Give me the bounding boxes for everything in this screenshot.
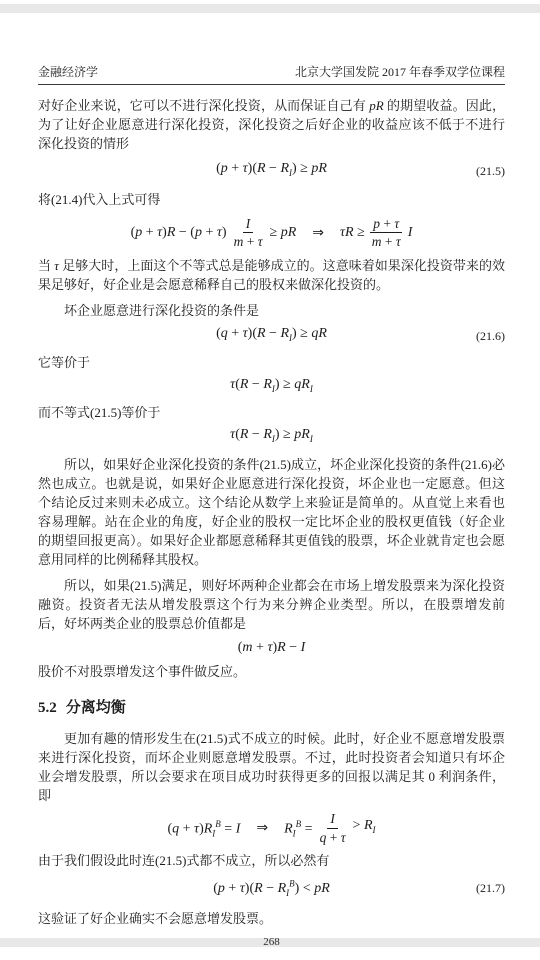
section-number: 5.2 — [38, 700, 57, 716]
paragraph-conclusion-1: 所以，如果好企业深化投资的条件(21.5)成立，坏企业深化投资的条件(21.6)… — [38, 455, 505, 569]
derivation-right: I — [408, 225, 413, 241]
equation-21-7-body: (p + τ)(R − RIB) < pR — [213, 881, 330, 896]
implies-arrow: ⇒ — [312, 225, 324, 241]
page-gap-top — [0, 4, 540, 13]
equation-21-7: (p + τ)(R − RIB) < pR (21.7) — [38, 874, 505, 901]
derivation-relation: ≥ pR — [270, 225, 297, 241]
equation-21-6: (q + τ)(R − RI) ≥ qR (21.6) — [38, 325, 505, 347]
equation-total-value: (m + τ)R − I — [38, 639, 505, 657]
fraction-numerator: p + τ — [370, 216, 402, 234]
fraction-p-plus-tau-over-m-plus-tau: p + τ m + τ — [369, 216, 404, 250]
page-number: 268 — [38, 936, 505, 948]
equation-total-value-body: (m + τ)R − I — [238, 640, 306, 655]
equation-equivalent-p: τ(R − RI) ≥ pRI — [38, 426, 505, 448]
equation-21-6-tag: (21.6) — [476, 327, 505, 345]
derivation-left: (p + τ)R − (p + τ) — [131, 225, 227, 241]
zero-profit-left: (q + τ)RIB = I — [167, 816, 240, 841]
paragraph-bad-condition: 坏企业愿意进行深化投资的条件是 — [38, 301, 505, 320]
paragraph-tau-large: 当 τ 足够大时，上面这个不等式总是能够成立的。这意味着如果深化投资带来的效果足… — [38, 256, 505, 294]
paragraph-verified: 这验证了好企业确实不会愿意增发股票。 — [38, 909, 505, 928]
header-book-title: 金融经济学 — [38, 65, 98, 79]
fraction-numerator: I — [243, 216, 254, 234]
equation-zero-profit: (q + τ)RIB = I ⇒ RIB = I q + τ > RI — [38, 811, 505, 845]
fraction-numerator: I — [327, 811, 338, 829]
paragraph-intro: 对好企业来说，它可以不进行深化投资，从而保证自己有 pR 的期望收益。因此，为了… — [38, 96, 505, 153]
equation-21-5-tag: (21.5) — [476, 162, 505, 180]
equation-21-5-body: (p + τ)(R − RI) ≥ pR — [216, 161, 327, 176]
fraction-i-over-q-plus-tau: I q + τ — [317, 811, 349, 845]
zero-profit-right: > RI — [353, 818, 376, 838]
paragraph-separating: 更加有趣的情形发生在(21.5)式不成立的时候。此时，好企业不愿意增发股票来进行… — [38, 729, 505, 805]
paragraph-assumption: 由于我们假设此时连(21.5)式都不成立，所以必然有 — [38, 851, 505, 870]
page-header: 金融经济学 北京大学国发院 2017 年春季双学位课程 — [38, 65, 505, 85]
paragraph-no-reaction: 股价不对股票增发这个事件做反应。 — [38, 662, 505, 681]
equation-derivation: (p + τ)R − (p + τ) I m + τ ≥ pR ⇒ τR ≥ p… — [38, 216, 505, 250]
equation-equivalent-p-body: τ(R − RI) ≥ pRI — [230, 427, 313, 442]
derivation-mid: τR ≥ — [340, 225, 365, 241]
implies-arrow: ⇒ — [256, 820, 268, 836]
document-page: 金融经济学 北京大学国发院 2017 年春季双学位课程 对好企业来说，它可以不进… — [0, 13, 540, 948]
equation-21-5: (p + τ)(R − RI) ≥ pR (21.5) — [38, 160, 505, 182]
section-title: 分离均衡 — [66, 700, 126, 716]
fraction-denominator: m + τ — [369, 233, 404, 250]
paragraph-equivalent-1: 它等价于 — [38, 353, 505, 372]
equation-21-7-tag: (21.7) — [476, 879, 505, 897]
section-heading: 5.2分离均衡 — [38, 699, 505, 717]
fraction-i-over-m-plus-tau: I m + τ — [231, 216, 266, 250]
fraction-denominator: q + τ — [317, 829, 349, 846]
equation-equivalent-q-body: τ(R − RI) ≥ qRI — [230, 377, 313, 392]
paragraph-conclusion-2: 所以，如果(21.5)满足，则好坏两种企业都会在市场上增发股票来为深化投资融资。… — [38, 576, 505, 633]
equation-equivalent-q: τ(R − RI) ≥ qRI — [38, 376, 505, 398]
header-course-title: 北京大学国发院 2017 年春季双学位课程 — [295, 65, 505, 79]
paragraph-equivalent-2: 而不等式(21.5)等价于 — [38, 403, 505, 422]
equation-21-6-body: (q + τ)(R − RI) ≥ qR — [216, 326, 327, 341]
fraction-denominator: m + τ — [231, 233, 266, 250]
paragraph-substitute: 将(21.4)代入上式可得 — [38, 190, 505, 209]
zero-profit-mid: RIB = — [284, 816, 312, 841]
